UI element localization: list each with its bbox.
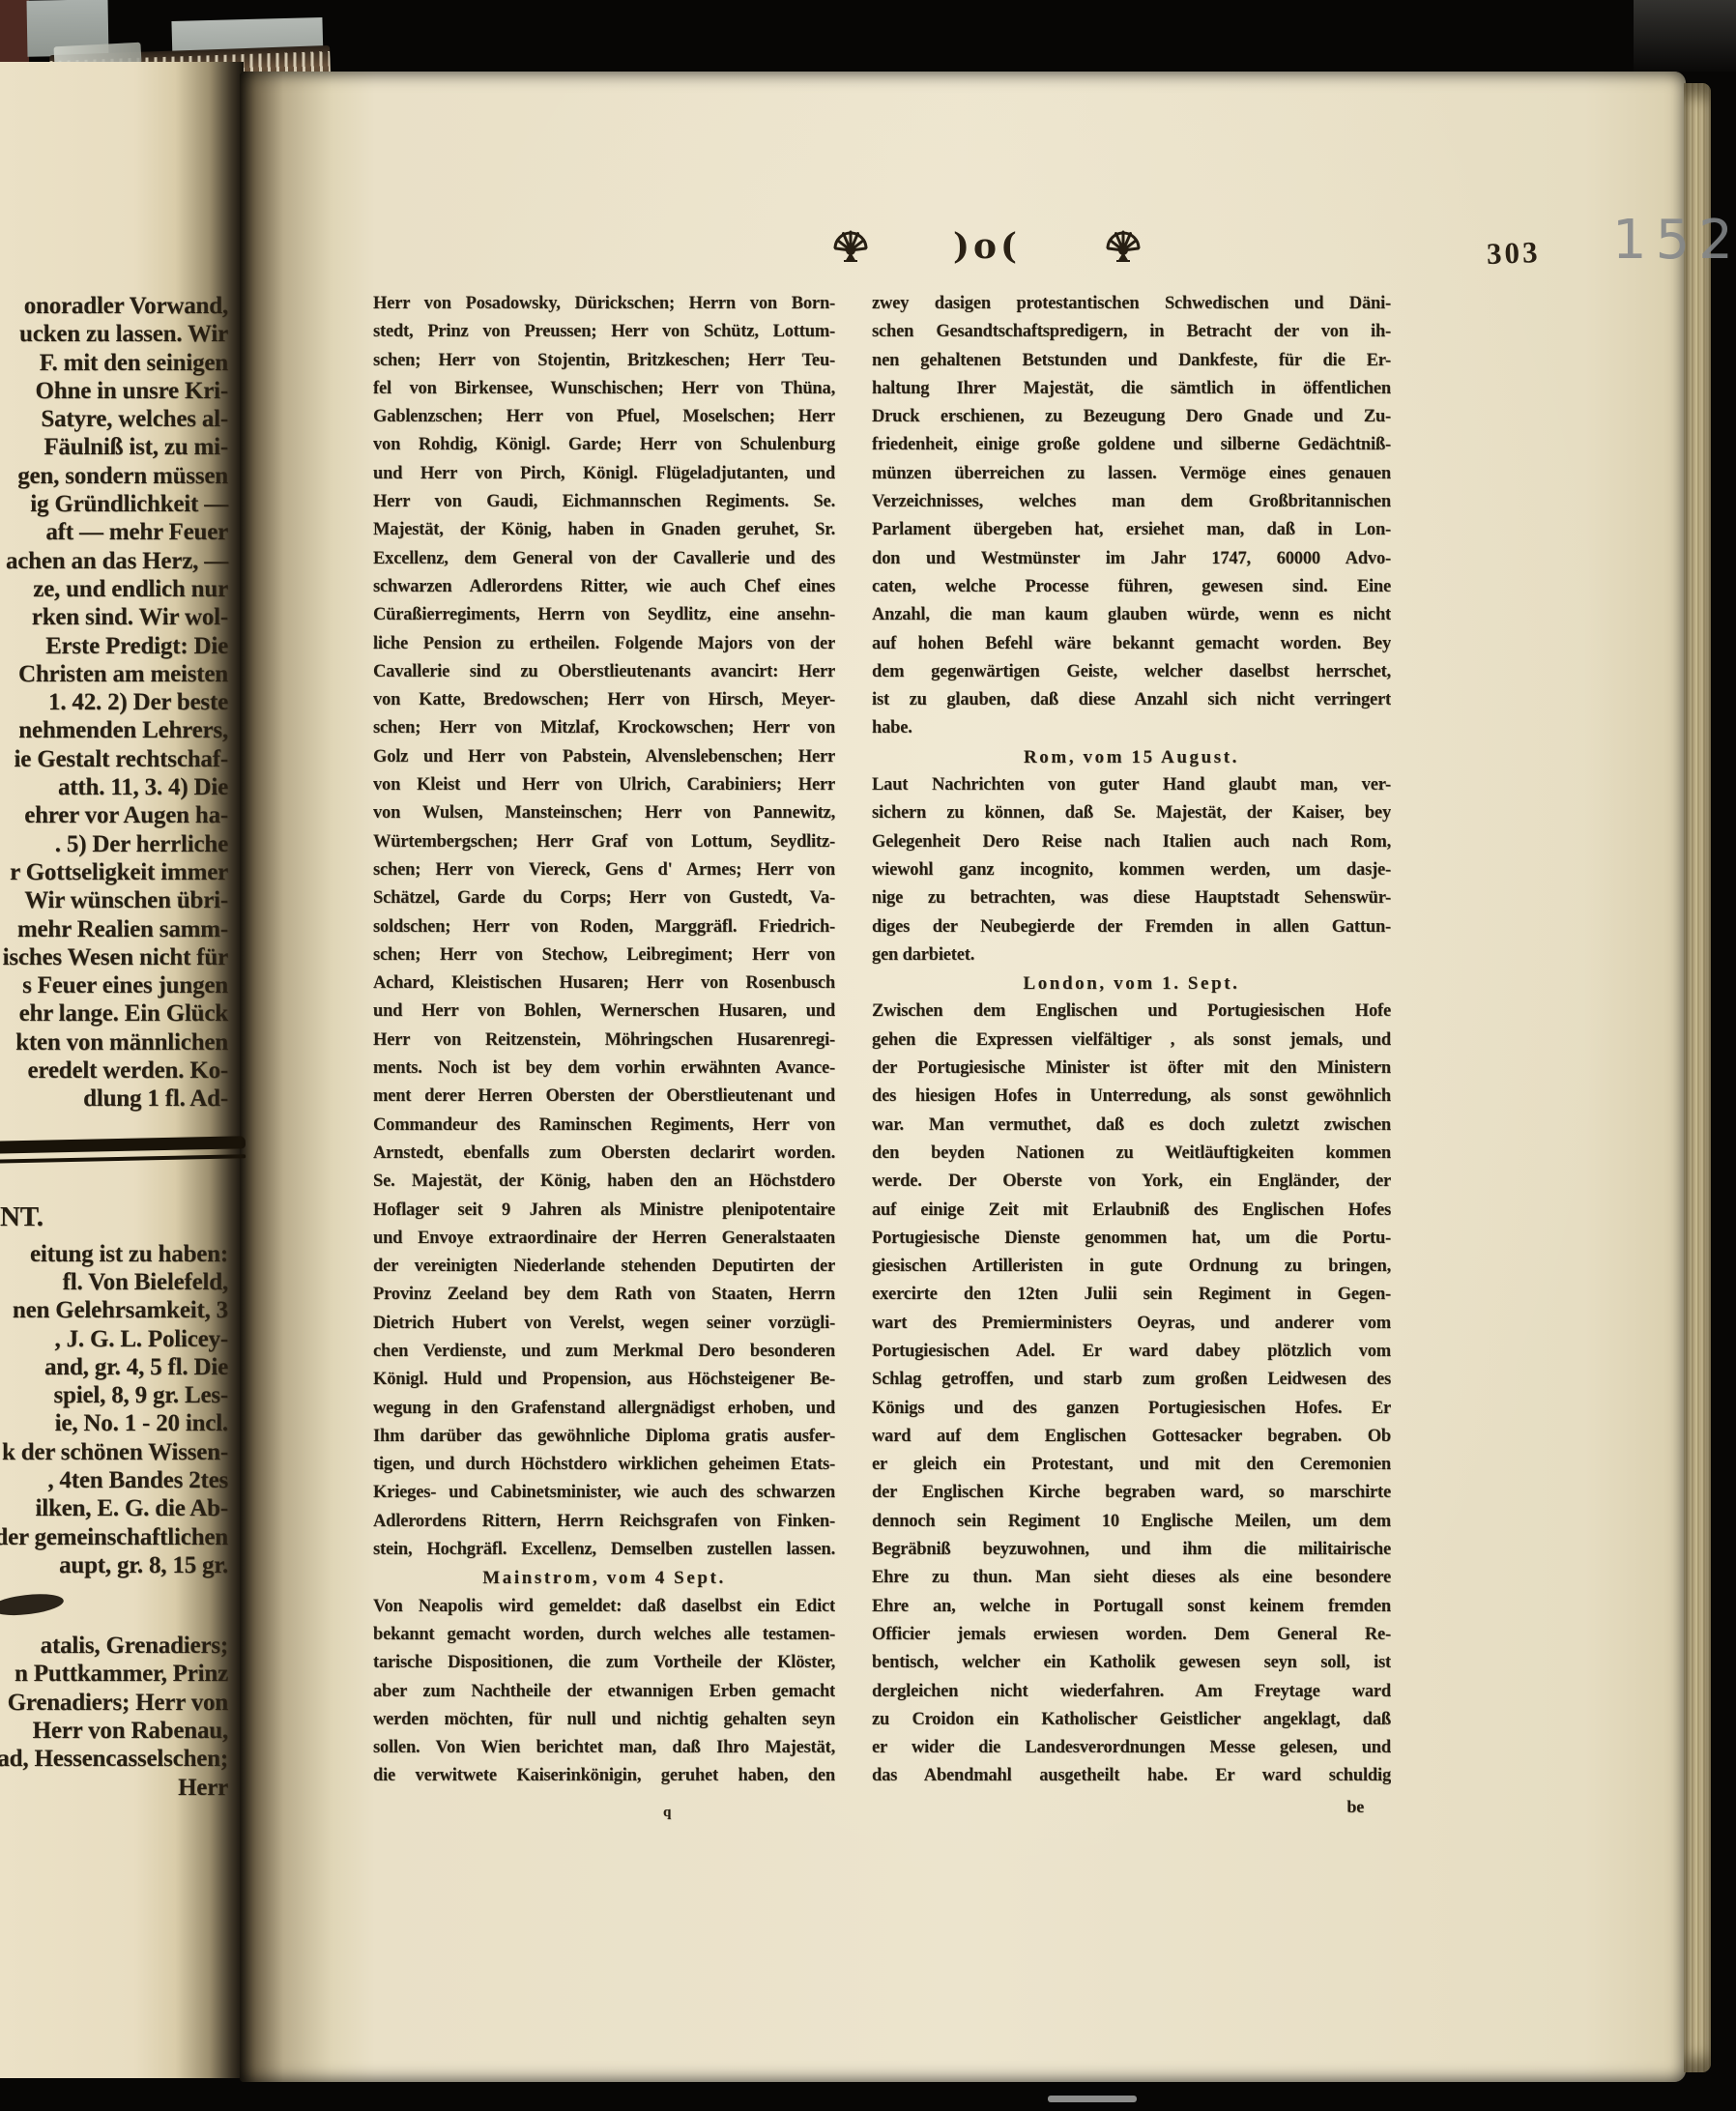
text-line: Herr von Gaudi, Eichmannschen Regiments.… [373, 488, 835, 516]
text-line: von Rohdig, Königl. Garde; Herr von Schu… [373, 431, 835, 459]
text-line: ment derer Herren Obersten der Oberstlie… [373, 1083, 835, 1111]
text-line: don und Westmünster im Jahr 1747, 60000 … [872, 545, 1391, 573]
text-line: war. Man vermuthet, daß es doch zuletzt … [872, 1112, 1391, 1140]
text-line: Provinz Zeeland bey dem Rath von Staaten… [373, 1281, 835, 1309]
text-line: Majestät, der König, haben in Gnaden ger… [373, 516, 835, 544]
text-line: atalis, Grenadiers; [0, 1632, 228, 1660]
text-line: Ihm darüber das gewöhnliche Diploma grat… [373, 1423, 835, 1451]
text-line: Zwischen dem Englischen und Portugiesisc… [872, 998, 1391, 1026]
scan-shadow [1634, 0, 1736, 72]
text-line: Portugiesische Dienste genommen hat, um … [872, 1225, 1391, 1253]
text-line: er wider die Landesverordnungen Messe ge… [872, 1734, 1391, 1762]
text-line: Golz und Herr von Pabstein, Alvenslebens… [373, 743, 835, 771]
text-line: schen Gesandtschaftspredigern, in Betrac… [872, 318, 1391, 346]
page-fore-edge [1684, 83, 1711, 2072]
text-line: wiewohl ganz incognito, kommen werden, u… [872, 856, 1391, 884]
text-line: Gablenzschen; Herr von Pfuel, Moselschen… [373, 403, 835, 431]
text-line: Gelegenheit Dero Reise nach Italien auch… [872, 828, 1391, 856]
text-line: schwarzen Adlerordens Ritter, wie auch C… [373, 573, 835, 601]
text-line: ie Gestalt rechtschaf- [0, 745, 228, 773]
text-line: rken sind. Wir wol- [0, 603, 228, 631]
text-line: onoradler Vorwand, [0, 292, 228, 320]
text-line: Anzahl, die man kaum glauben würde, wenn… [872, 601, 1391, 629]
text-line: Se. Majestät, der König, haben den an Hö… [373, 1168, 835, 1196]
text-line: nige zu betrachten, was diese Hauptstadt… [872, 884, 1391, 912]
text-line: ucken zu lassen. Wir [0, 320, 228, 348]
text-line: Herr von Reitzenstein, Möhringschen Husa… [373, 1027, 835, 1055]
text-line: caten, welche Processe führen, gewesen s… [872, 573, 1391, 601]
text-line: wegung in den Grafenstand allergnädigst … [373, 1395, 835, 1423]
text-line: exercirte den 12ten Julii sein Regiment … [872, 1281, 1391, 1309]
section-heading: NT. [0, 1200, 228, 1234]
text-line: k der schönen Wissen- [0, 1438, 228, 1466]
text-line: münzen überreichen zu lassen. Vermöge ei… [872, 460, 1391, 488]
text-column-right: zwey dasigen protestantischen Schwedisch… [872, 290, 1391, 1821]
text-line: atth. 11, 3. 4) Die [0, 773, 228, 801]
text-line: Schätzel, Garde du Corps; Herr von Guste… [373, 884, 835, 912]
text-line: werde. Der Oberste von York, ein Engländ… [872, 1168, 1391, 1196]
text-line: diges der Neubegierde der Fremden in all… [872, 913, 1391, 941]
text-line: Fäulniß ist, zu mi- [0, 433, 228, 461]
text-line: ments. Noch ist bey dem vorhin erwähnten… [373, 1055, 835, 1083]
text-line: gen, sondern müssen [0, 462, 228, 490]
text-line: Portugiesischen Adel. Er ward dabey plöt… [872, 1338, 1391, 1366]
text-line: Arnstedt, ebenfalls zum Obersten declari… [373, 1140, 835, 1168]
scan-streak [1048, 2096, 1137, 2102]
text-line: der gemeinschaftlichen [0, 1523, 228, 1551]
text-line: eredelt werden. Ko- [0, 1056, 228, 1084]
text-line: be [872, 1793, 1391, 1821]
text-line: auf hohen Befehl wäre bekannt gemacht wo… [872, 630, 1391, 658]
text-line: Von Neapolis wird gemeldet: daß daselbst… [373, 1593, 835, 1621]
text-line: dlung 1 fl. Ad- [0, 1084, 228, 1113]
text-line: ehrer vor Augen ha- [0, 801, 228, 829]
text-line: Dietrich Hubert von Verelst, wegen seine… [373, 1310, 835, 1338]
text-line: Adlerordens Rittern, Herrn Reichsgrafen … [373, 1508, 835, 1536]
text-line: gehen die Expressen vielfältiger , als s… [872, 1027, 1391, 1055]
text-line: bekannt gemacht worden, durch welches al… [373, 1621, 835, 1649]
text-line: Königs und des ganzen Portugiesischen Ho… [872, 1395, 1391, 1423]
text-line: Parlament übergeben hat, ersiehet man, d… [872, 516, 1391, 544]
scanned-book-page: )o( 303 152 onoradler Vorwand,ucken zu l… [0, 0, 1736, 2111]
text-line: Krieges- und Cabinetsminister, wie auch … [373, 1479, 835, 1507]
text-line: achen an das Herz, — [0, 547, 228, 575]
text-line: aber zum Nachtheile der etwannigen Erben… [373, 1678, 835, 1706]
text-line: Herr von Rabenau, [0, 1717, 228, 1745]
text-line: auf einige Zeit mit Erlaubniß des Englis… [872, 1197, 1391, 1225]
text-line: der Englischen Kirche begraben ward, so … [872, 1479, 1391, 1507]
page-number: 303 [1486, 235, 1541, 272]
text-line: dergleichen nicht wiederfahren. Am Freyt… [872, 1678, 1391, 1706]
double-rule [0, 1136, 246, 1164]
text-line: Christen am meisten [0, 660, 228, 688]
text-line: aupt, gr. 8, 15 gr. [0, 1551, 228, 1579]
text-line: Wir wünschen übri- [0, 886, 228, 914]
text-line: , 4ten Bandes 2tes [0, 1466, 228, 1494]
text-line: Herr von Posadowsky, Dürickschen; Herrn … [373, 290, 835, 318]
text-line: chen Verdienste, und zum Merkmal Dero be… [373, 1338, 835, 1366]
text-line: Laut Nachrichten von guter Hand glaubt m… [872, 771, 1391, 799]
rosette-ornament-icon [1104, 229, 1143, 264]
text-line: liche Pension zu ertheilen. Folgende Maj… [373, 630, 835, 658]
text-line: werden möchten, für null und nichtig geh… [373, 1706, 835, 1734]
text-line: giesischen Artilleristen in gute Ordnung… [872, 1253, 1391, 1281]
text-line: aft — mehr Feuer [0, 518, 228, 546]
text-line: tigen, und durch Höchstdero wirklichen g… [373, 1451, 835, 1479]
text-line: Herr [0, 1774, 228, 1802]
text-line: Schlag getroffen, und starb zum großen L… [872, 1366, 1391, 1394]
text-line: von Katte, Bredowschen; Herr von Hirsch,… [373, 686, 835, 714]
text-line: friedenheit, einige große goldene und si… [872, 431, 1391, 459]
text-line: soldschen; Herr von Roden, Marggräfl. Fr… [373, 913, 835, 941]
text-line: spiel, 8, 9 gr. Les- [0, 1381, 228, 1409]
text-line: und Herr von Bohlen, Wernerschen Husaren… [373, 998, 835, 1026]
text-line: q [373, 1799, 835, 1827]
text-line: er gleich ein Protestant, und mit den Ce… [872, 1451, 1391, 1479]
text-line: Ehre an, welche in Portugall sonst keine… [872, 1593, 1391, 1621]
ink-smudge [0, 1591, 65, 1619]
text-line: Hoflager seit 9 Jahren als Ministre plen… [373, 1197, 835, 1225]
text-line: sollen. Von Wien berichtet man, daß Ihro… [373, 1734, 835, 1762]
text-line: das Abendmahl ausgetheilt habe. Er ward … [872, 1762, 1391, 1790]
text-line: Achard, Kleistischen Husaren; Herr von R… [373, 969, 835, 998]
text-line: und Herr von Pirch, Königl. Flügeladjuta… [373, 460, 835, 488]
text-line: haltung Ihrer Majestät, die sämtlich in … [872, 375, 1391, 403]
text-line: Officier jemals erwiesen worden. Dem Gen… [872, 1621, 1391, 1649]
header-divider: )o( [953, 226, 1021, 267]
text-line: nen gehaltenen Betstunden und Dankfeste,… [872, 347, 1391, 375]
text-line: den beyden Nationen zu Weitläuftigkeiten… [872, 1140, 1391, 1168]
text-line: fel von Birkensee, Wunschischen; Herr vo… [373, 375, 835, 403]
text-line: ad, Hessencasselschen; [0, 1745, 228, 1773]
text-line: Erste Predigt: Die [0, 632, 228, 660]
text-line: Grenadiers; Herr von [0, 1689, 228, 1717]
text-line: ze, und endlich nur [0, 575, 228, 603]
text-line: mehr Realien samm- [0, 915, 228, 943]
text-line: Satyre, welches al- [0, 405, 228, 433]
text-line: sichern zu können, daß Se. Majestät, der… [872, 799, 1391, 827]
text-line: Excellenz, dem General von der Cavalleri… [373, 545, 835, 573]
text-line: und Envoye extraordinaire der Herren Gen… [373, 1225, 835, 1253]
text-line: Commandeur des Raminschen Regiments, Her… [373, 1112, 835, 1140]
text-line: s Feuer eines jungen [0, 971, 228, 999]
text-line: der Portugiesische Minister ist öfter mi… [872, 1055, 1391, 1083]
text-line: Ehre zu thun. Man sieht dieses als eine … [872, 1564, 1391, 1592]
text-line: r Gottseligkeit immer [0, 858, 228, 886]
text-line: stedt, Prinz von Preussen; Herr von Schü… [373, 318, 835, 346]
text-line: von Wulsen, Mansteinschen; Herr von Pann… [373, 799, 835, 827]
text-line: zwey dasigen protestantischen Schwedisch… [872, 290, 1391, 318]
folio-stamp: 152 [1612, 209, 1736, 272]
text-line: 1. 42. 2) Der beste [0, 688, 228, 716]
text-line: Begräbniß beyzuwohnen, und ihm die milit… [872, 1536, 1391, 1564]
text-line: ward auf dem Englischen Gottesacker begr… [872, 1423, 1391, 1451]
text-line: ehr lange. Ein Glück [0, 999, 228, 1027]
text-line: zu Croidon ein Katholischer Geistlicher … [872, 1706, 1391, 1734]
section-heading: London, vom 1. Sept. [872, 969, 1391, 998]
text-line: Königl. Huld und Propension, aus Höchste… [373, 1366, 835, 1394]
text-line: Verzeichnisses, welches man dem Großbrit… [872, 488, 1391, 516]
text-line: fl. Von Bielefeld, [0, 1268, 228, 1296]
text-line: des hiesigen Hofes in Unterredung, als s… [872, 1083, 1391, 1111]
text-line: habe. [872, 714, 1391, 742]
text-line: dennoch sein Regiment 10 Englische Meile… [872, 1508, 1391, 1536]
text-line: Druck erschienen, zu Bezeugung Dero Gnad… [872, 403, 1391, 431]
text-line: Cüraßierregiments, Herrn von Seydlitz, e… [373, 601, 835, 629]
text-line: gen darbietet. [872, 941, 1391, 969]
text-line: F. mit den seinigen [0, 349, 228, 377]
text-line: nen Gelehrsamkeit, 3 [0, 1296, 228, 1324]
header-ornament-row: )o( [831, 226, 1143, 267]
text-line: Würtembergschen; Herr Graf von Lottum, S… [373, 828, 835, 856]
text-line: von Kleist und Herr von Ulrich, Carabini… [373, 771, 835, 799]
text-line: eitung ist zu haben: [0, 1240, 228, 1268]
text-line: isches Wesen nicht für [0, 943, 228, 971]
text-line: , J. G. L. Policey- [0, 1325, 228, 1353]
text-line: kten von männlichen [0, 1028, 228, 1056]
section-heading: Mainstrom, vom 4 Sept. [373, 1564, 835, 1592]
text-line: ig Gründlichkeit — [0, 490, 228, 518]
text-line: schen; Herr von Viereck, Gens d' Armes; … [373, 856, 835, 884]
cutoff-text-column: onoradler Vorwand,ucken zu lassen. WirF.… [0, 292, 228, 1802]
text-line: n Puttkammer, Prinz [0, 1660, 228, 1688]
text-line: der vereinigten Niederlande stehenden De… [373, 1253, 835, 1281]
text-column-left: Herr von Posadowsky, Dürickschen; Herrn … [373, 290, 835, 1827]
text-line: bentisch, welcher ein Katholik gewesen s… [872, 1649, 1391, 1677]
text-line: . 5) Der herrliche [0, 830, 228, 858]
text-line: stein, Hochgräfl. Excellenz, Demselben z… [373, 1536, 835, 1564]
text-line: and, gr. 4, 5 fl. Die [0, 1353, 228, 1381]
text-line: schen; Herr von Mitzlaf, Krockowschen; H… [373, 714, 835, 742]
rosette-ornament-icon [831, 229, 870, 264]
text-line: schen; Herr von Stojentin, Britzkeschen;… [373, 347, 835, 375]
text-line: ist zu glauben, daß diese Anzahl sich ni… [872, 686, 1391, 714]
text-line: schen; Herr von Stechow, Leibregiment; H… [373, 941, 835, 969]
text-line: ilken, E. G. die Ab- [0, 1494, 228, 1522]
text-line: die verwitwete Kaiserinkönigin, geruhet … [373, 1762, 835, 1790]
text-line: nehmenden Lehrers, [0, 716, 228, 744]
section-heading: Rom, vom 15 August. [872, 743, 1391, 771]
text-line: ie, No. 1 - 20 incl. [0, 1409, 228, 1437]
text-line: tarische Dispositionen, die zum Vortheil… [373, 1649, 835, 1677]
text-line: wart des Premierministers Oeyras, und an… [872, 1310, 1391, 1338]
book-corner-block [0, 0, 29, 62]
text-line: dem gegenwärtigen Geiste, welcher daselb… [872, 658, 1391, 686]
text-line: Cavallerie sind zu Oberstlieutenants ava… [373, 658, 835, 686]
text-line: Ohne in unsre Kri- [0, 377, 228, 405]
